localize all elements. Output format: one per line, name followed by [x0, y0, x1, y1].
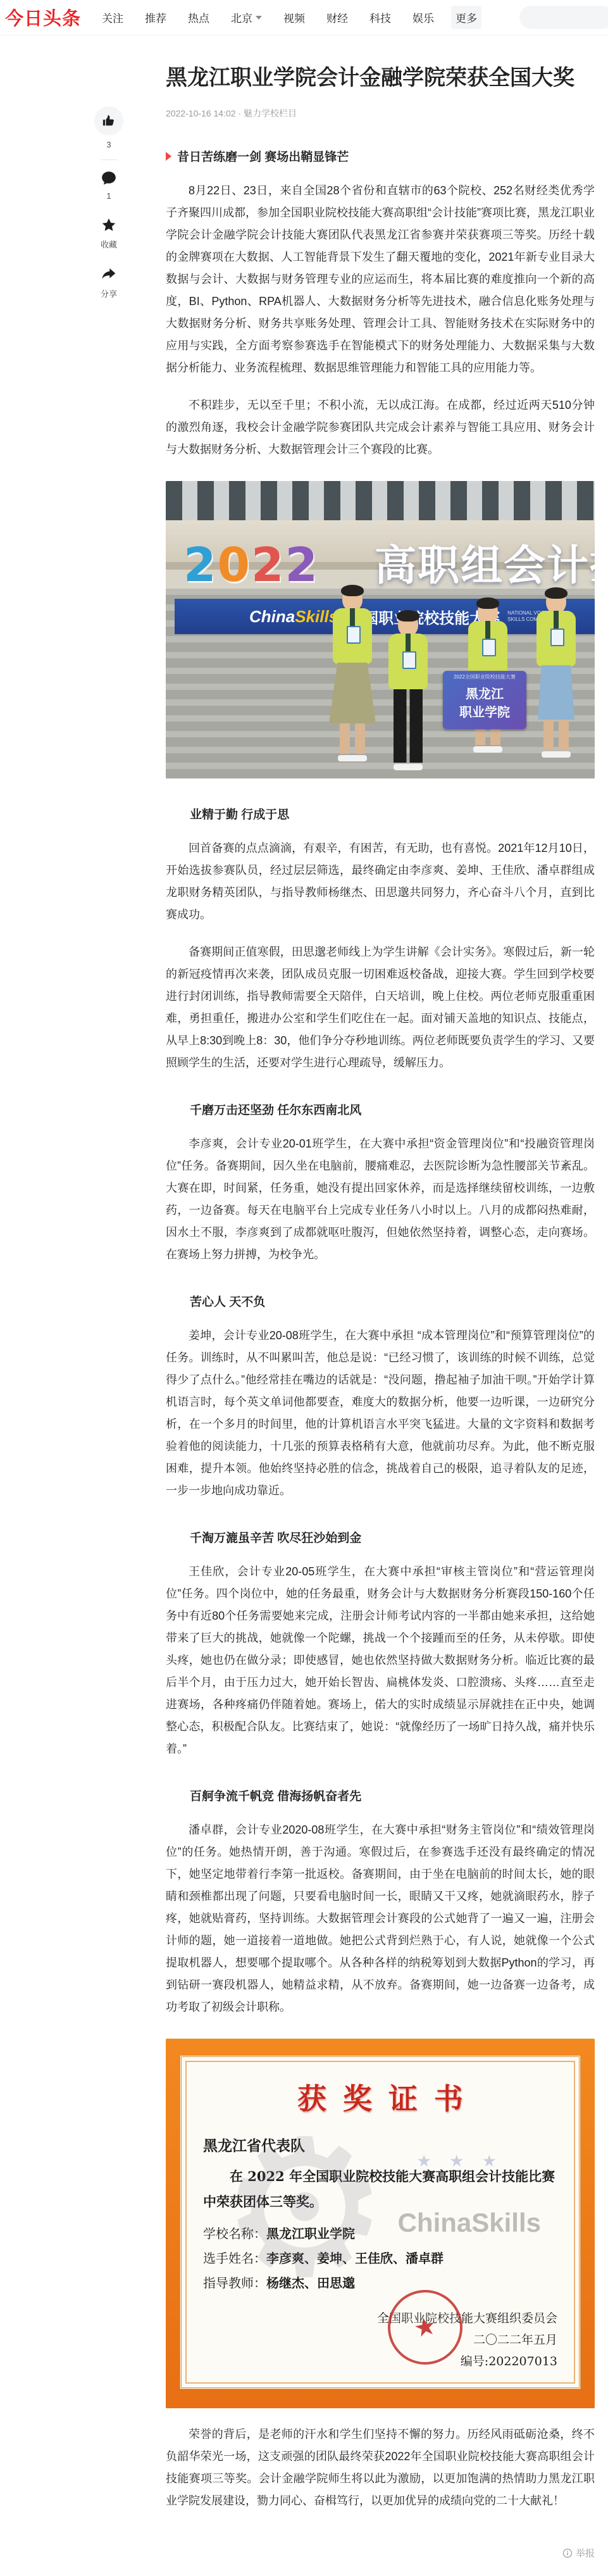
chevron-down-icon [256, 16, 262, 20]
comment-button[interactable] [101, 170, 117, 187]
like-button[interactable] [94, 106, 123, 135]
top-navigation-bar: 今日头条 关注 推荐 热点 北京 视频 财经 科技 娱乐 更多 [0, 0, 608, 35]
paragraph: 王佳欣，会计专业20-05班学生，在大赛中承担“审核主管岗位”和“营运管理岗位”… [166, 1561, 595, 1760]
nav-item-follow[interactable]: 关注 [97, 6, 128, 29]
paragraph: 潘卓群，会计专业2020-08班学生，在大赛中承担“财务主管岗位”和“绩效管理岗… [166, 1819, 595, 2018]
certificate-serial: 编号:202207013 [203, 2351, 557, 2372]
article-photo-team[interactable]: 2022 高职组会计技能 ChinaSkills 全国职业院校技能大赛 NATI… [166, 481, 595, 778]
sub-heading: 百舸争流千帆竞 借海扬帆奋者先 [166, 1787, 595, 1804]
nav-item-entertainment[interactable]: 娱乐 [408, 6, 438, 29]
paragraph: 姜坤，会计专业20-08班学生，在大赛中承担 “成本管理岗位”和“预算管理岗位”… [166, 1325, 595, 1502]
comment-icon [101, 170, 117, 187]
nav-item-tech[interactable]: 科技 [365, 6, 395, 29]
article-body: 黑龙江职业学院会计金融学院荣获全国大奖 2022-10-16 14:02 · 魅… [166, 35, 595, 2518]
nav-item-more[interactable]: 更多 [451, 6, 481, 29]
photo-year-sign: 2022 [183, 542, 319, 589]
like-count: 3 [106, 140, 111, 149]
person-student-1 [329, 587, 376, 761]
photo-building-windows [166, 481, 595, 520]
report-label: 举报 [576, 2546, 595, 2560]
share-label: 分享 [101, 287, 117, 299]
photo-banner: ChinaSkills 全国职业院校技能大赛 NATIONAL VOCATION… [175, 599, 595, 634]
nav-item-video[interactable]: 视频 [279, 6, 309, 29]
certificate-body-text: 在 2022 年全国职业院校技能大赛高职组会计技能比赛中荣获团体三等奖。 [203, 2164, 557, 2215]
article-photo-certificate[interactable]: ⚙ ★ ★ ★ ChinaSkills 获奖证书 黑龙江省代表队 在 2022 … [166, 2039, 595, 2408]
nav-item-finance[interactable]: 财经 [322, 6, 352, 29]
sub-heading: 业精于勤 行成于思 [166, 805, 595, 822]
share-button[interactable]: 分享 [101, 266, 117, 299]
thumb-up-icon [102, 114, 116, 128]
nav-item-hot[interactable]: 热点 [183, 6, 214, 29]
share-icon [101, 266, 117, 283]
certificate-org: 全国职业院校技能大赛组织委员会 [203, 2308, 557, 2329]
certificate-title: 获奖证书 [203, 2076, 557, 2118]
certificate-issuer-block: ★ 全国职业院校技能大赛组织委员会 二〇二二年五月 编号:202207013 [203, 2308, 557, 2372]
paragraph: 不积跬步，无以至千里；不积小流，无以成江海。在成都，经过近两天510分钟的激烈角… [166, 394, 595, 461]
paragraph: 荣誉的背后，是老师的汗水和学生们坚持不懈的努力。历经风雨砥砺沧桑，终不负韶华荣光… [166, 2423, 595, 2512]
paragraph: 备赛期间正值寒假，田思邈老师线上为学生讲解《会计实务》。寒假过后，新一轮的新冠疫… [166, 941, 595, 1074]
search-input[interactable] [519, 6, 608, 29]
report-link[interactable]: 举报 [166, 2546, 595, 2576]
paragraph: 8月22日、23日，来自全国28个省份和直辖市的63个院校、252名财经类优秀学… [166, 180, 595, 379]
sub-heading: 千淘万漉虽辛苦 吹尽狂沙始到金 [166, 1529, 595, 1546]
main-nav: 关注 推荐 热点 北京 视频 财经 科技 娱乐 更多 [97, 6, 494, 29]
star-icon [101, 217, 117, 234]
info-icon [562, 2548, 573, 2558]
paragraph: 回首备赛的点点滴滴，有艰辛，有困苦，有无助，也有喜悦。2021年12月10日，开… [166, 837, 595, 926]
rail-divider [101, 159, 117, 160]
article-meta: 2022-10-16 14:02 · 魅力学校栏目 [166, 107, 595, 120]
nav-item-recommend[interactable]: 推荐 [140, 6, 171, 29]
nav-item-city[interactable]: 北京 [226, 6, 266, 29]
section-header-text: 昔日苦练磨一剑 赛场出鞘显锋芒 [177, 147, 349, 165]
sub-heading: 千磨万击还坚劲 任尔东西南北风 [166, 1101, 595, 1118]
certificate-teachers-line: 指导教师：杨继杰、田思邈 [203, 2273, 557, 2291]
toutiao-logo[interactable]: 今日头条 [5, 4, 81, 30]
certificate-players-line: 选手姓名：李彦爽、姜坤、王佳欣、潘卓群 [203, 2248, 557, 2267]
chinaskills-logo: ChinaSkills [249, 607, 338, 627]
certificate-date: 二〇二二年五月 [203, 2329, 557, 2351]
article-title: 黑龙江职业学院会计金融学院荣获全国大奖 [166, 62, 595, 94]
action-rail: 3 1 收藏 分享 [92, 106, 125, 299]
certificate-team-name: 黑龙江省代表队 [203, 2134, 557, 2155]
comment-count: 1 [106, 191, 111, 201]
favorite-label: 收藏 [101, 238, 117, 250]
school-name-sign: 2022全国职业院校技能大赛 黑龙江 职业学院 [443, 671, 526, 729]
person-student-4 [537, 590, 576, 758]
certificate-school-line: 学校名称：黑龙江职业学院 [203, 2223, 557, 2242]
section-header: 昔日苦练磨一剑 赛场出鞘显锋芒 [166, 147, 595, 165]
red-triangle-icon [166, 152, 171, 161]
paragraph: 李彦爽，会计专业20-01班学生，在大赛中承担“资金管理岗位”和“投融资管理岗位… [166, 1133, 595, 1266]
sub-heading: 苦心人 天不负 [166, 1292, 595, 1310]
certificate: ⚙ ★ ★ ★ ChinaSkills 获奖证书 黑龙江省代表队 在 2022 … [180, 2055, 581, 2389]
favorite-button[interactable]: 收藏 [101, 217, 117, 250]
photo-event-title: 高职组会计技能 [375, 544, 595, 586]
person-student-2 [388, 613, 428, 770]
